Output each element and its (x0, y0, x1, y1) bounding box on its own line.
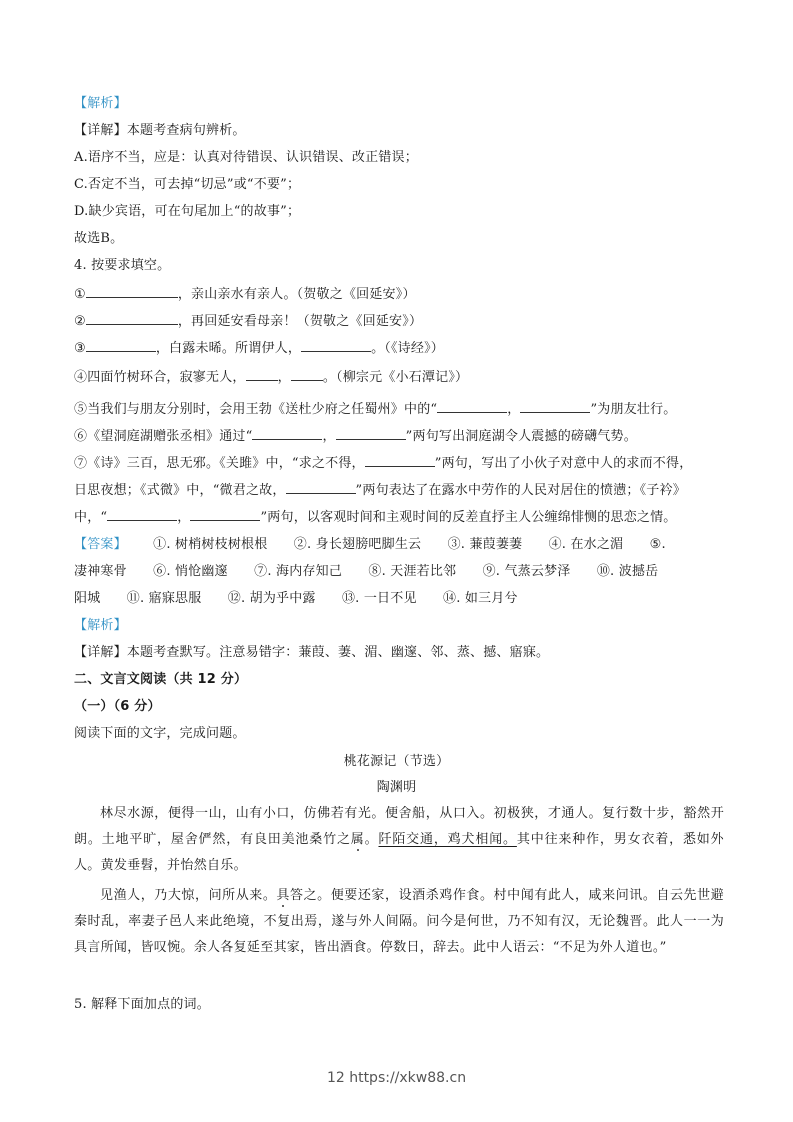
passage-paragraph-2: 见渔人，乃大惊，问所从来。具答之。便要还家，设酒杀鸡作食。村中闻有此人，咸来问讯… (74, 883, 724, 961)
q4-item-2: ②，再回延安看母亲！（贺敬之《回延安》） (74, 310, 734, 332)
item-number: ⑦ (74, 456, 87, 471)
reading-instruction: 阅读下面的文字，完成问题。 (74, 724, 734, 744)
answer-item: 凄神寒骨 (74, 564, 127, 579)
item-text: ，亲山亲水有亲人。（贺敬之《回延安》） (178, 287, 416, 302)
item-text: 日思夜想；《式微》中，“微君之故， (74, 483, 286, 498)
answer-line-2: 凄神寒骨 ⑥. 悄怆幽邃 ⑦. 海内存知己 ⑧. 天涯若比邻 ⑨. 气蒸云梦泽 … (74, 562, 734, 582)
item-text: 四面竹树环合，寂寥无人， (87, 370, 245, 385)
page-footer: 12 https://xkw88.cn (0, 1070, 793, 1086)
item-number: ⑤ (74, 402, 87, 417)
item-text: ”两句，以客观时间和主观时间的反差直抒主人公缠绵悱恻的思恋之情。 (260, 510, 676, 525)
passage-text: 。 (365, 832, 379, 847)
detail-text: 本题考查默写。注意易错字：蒹葭、萋、湄、幽邃、邻、蒸、撼、寤寐。 (127, 645, 549, 660)
detail-text: 本题考查病句辨析。 (127, 123, 246, 138)
detail-label: 【详解】 (74, 123, 127, 138)
underlined-sentence: 阡陌交通，鸡犬相闻。 (378, 832, 516, 847)
answer-item: ⑧. 天涯若比邻 (368, 564, 456, 579)
q4-item-1: ①，亲山亲水有亲人。（贺敬之《回延安》） (74, 283, 734, 305)
question-5-title: 5. 解释下面加点的词。 (74, 995, 734, 1015)
document-page: 【解析】 【详解】本题考查病句辨析。 A.语序不当，应是：认真对待错误、认识错误… (0, 0, 793, 1122)
q4-item-7-line3: 中，“，”两句，以客观时间和主观时间的反差直抒主人公缠绵悱恻的思恋之情。 (74, 506, 734, 528)
q4-item-3: ③，白露未晞。所谓伊人，。（《诗经》） (74, 337, 734, 359)
fill-blank (437, 398, 507, 413)
answer-item: ⑩. 波撼岳 (597, 564, 658, 579)
option-d-explanation: D.缺少宾语，可在句尾加上“的故事”； (74, 202, 734, 222)
passage-text: 见渔人，乃大惊，问所从来。 (100, 888, 276, 903)
analysis-tag: 【解析】 (74, 94, 734, 114)
fill-blank (86, 310, 178, 325)
fill-blank (252, 425, 322, 440)
item-text: ”为朋友壮行。 (590, 402, 676, 417)
item-number: ① (74, 287, 86, 302)
answer-item: ⑦. 海内存知己 (254, 564, 342, 579)
answer-item: ⑥. 悄怆幽邃 (153, 564, 228, 579)
q4-item-5: ⑤当我们与朋友分别时，会用王勃《送杜少府之任蜀州》中的“，”为朋友壮行。 (74, 398, 734, 420)
answer-item: ⑪. 寤寐思服 (127, 591, 202, 606)
detail-line-2: 【详解】本题考查默写。注意易错字：蒹葭、萋、湄、幽邃、邻、蒸、撼、寤寐。 (74, 643, 734, 663)
analysis-tag-2: 【解析】 (74, 616, 734, 636)
item-text: ”两句写出洞庭湖令人震撼的磅礴气势。 (406, 429, 637, 444)
answer-item: ①. 树梢树枝树根根 (153, 537, 267, 552)
answer-line-3: 阳城 ⑪. 寤寐思服 ⑫. 胡为乎中露 ⑬. 一日不见 ⑭. 如三月兮 (74, 589, 734, 609)
part-2-heading: 二、文言文阅读（共 12 分） (74, 670, 734, 690)
q4-item-4: ④四面竹树环合，寂寥无人，，。（柳宗元《小石潭记》） (74, 366, 734, 388)
item-number: ② (74, 314, 86, 329)
fill-blank (291, 366, 323, 381)
item-text: ”两句表达了在露水中劳作的人民对居住的愤懑；《子衿》 (356, 483, 686, 498)
fill-blank (86, 283, 178, 298)
question-4-title: 4. 按要求填空。 (74, 256, 734, 276)
dotted-word: 属 (351, 832, 365, 847)
answer-item: 阳城 (74, 591, 100, 606)
fill-blank (86, 337, 156, 352)
separator: ， (322, 429, 335, 444)
answer-item: ②. 身长翅膀吧脚生云 (294, 537, 421, 552)
item-text: ，再回延安看母亲！（贺敬之《回延安》） (178, 314, 422, 329)
detail-label: 【详解】 (74, 645, 127, 660)
option-a-explanation: A.语序不当，应是：认真对待错误、认识错误、改正错误； (74, 148, 734, 168)
item-text: ”两句，写出了小伙子对意中人的求而不得， (435, 456, 693, 471)
item-number: ④ (74, 370, 87, 385)
item-text: 中，“ (74, 510, 107, 525)
answer-item: ⑫. 胡为乎中露 (228, 591, 316, 606)
item-text: 。（《诗经》） (371, 341, 444, 356)
q4-item-7-line2: 日思夜想；《式微》中，“微君之故，”两句表达了在露水中劳作的人民对居住的愤懑；《… (74, 479, 734, 501)
part-2-subheading: （一）（6 分） (74, 697, 734, 717)
fill-blank (365, 452, 435, 467)
passage-paragraph-1: 林尽水源，便得一山，山有小口，仿佛若有光。便舍船，从口入。初极狭，才通人。复行数… (74, 801, 724, 879)
fill-blank (286, 479, 356, 494)
answer-item: ③. 蒹葭萋萋 (448, 537, 523, 552)
answer-item: ④. 在水之湄 (549, 537, 624, 552)
passage-title: 桃花源记（节选） (0, 752, 793, 772)
fill-blank (190, 506, 260, 521)
fill-blank (520, 398, 590, 413)
answer-tag: 【答案】 (74, 537, 127, 552)
separator: ， (507, 402, 520, 417)
q4-item-6: ⑥《望洞庭湖赠张丞相》通过“，”两句写出洞庭湖令人震撼的磅礴气势。 (74, 425, 734, 447)
fill-blank (107, 506, 177, 521)
separator: ， (177, 510, 190, 525)
fill-blank (336, 425, 406, 440)
item-number: ③ (74, 341, 86, 356)
item-number: ⑥ (74, 429, 87, 444)
answer-item: ⑤. (650, 537, 666, 552)
fill-blank (246, 366, 278, 381)
dotted-word: 具 (276, 888, 290, 903)
detail-line: 【详解】本题考查病句辨析。 (74, 121, 734, 141)
item-text: 当我们与朋友分别时，会用王勃《送杜少府之任蜀州》中的“ (87, 402, 437, 417)
option-c-explanation: C.否定不当，可去掉“切忌”或“不要”； (74, 175, 734, 195)
fill-blank (301, 337, 371, 352)
answer-item: ⑬. 一日不见 (342, 591, 417, 606)
answer-line-1: 【答案】 ①. 树梢树枝树根根 ②. 身长翅膀吧脚生云 ③. 蒹葭萋萋 ④. 在… (74, 535, 734, 555)
answer-item: ⑭. 如三月兮 (443, 591, 518, 606)
separator: ， (278, 370, 291, 385)
item-text: ，白露未晞。所谓伊人， (156, 341, 301, 356)
item-text: 《望洞庭湖赠张丞相》通过“ (87, 429, 252, 444)
passage-author: 陶渊明 (0, 778, 793, 798)
answer-item: ⑨. 气蒸云梦泽 (483, 564, 571, 579)
q4-item-7: ⑦《诗》三百，思无邪。《关雎》中，“求之不得，”两句，写出了小伙子对意中人的求而… (74, 452, 734, 474)
item-text: 《诗》三百，思无邪。《关雎》中，“求之不得， (87, 456, 365, 471)
conclusion: 故选B。 (74, 229, 734, 249)
item-text: 。（柳宗元《小石潭记》） (323, 370, 468, 385)
